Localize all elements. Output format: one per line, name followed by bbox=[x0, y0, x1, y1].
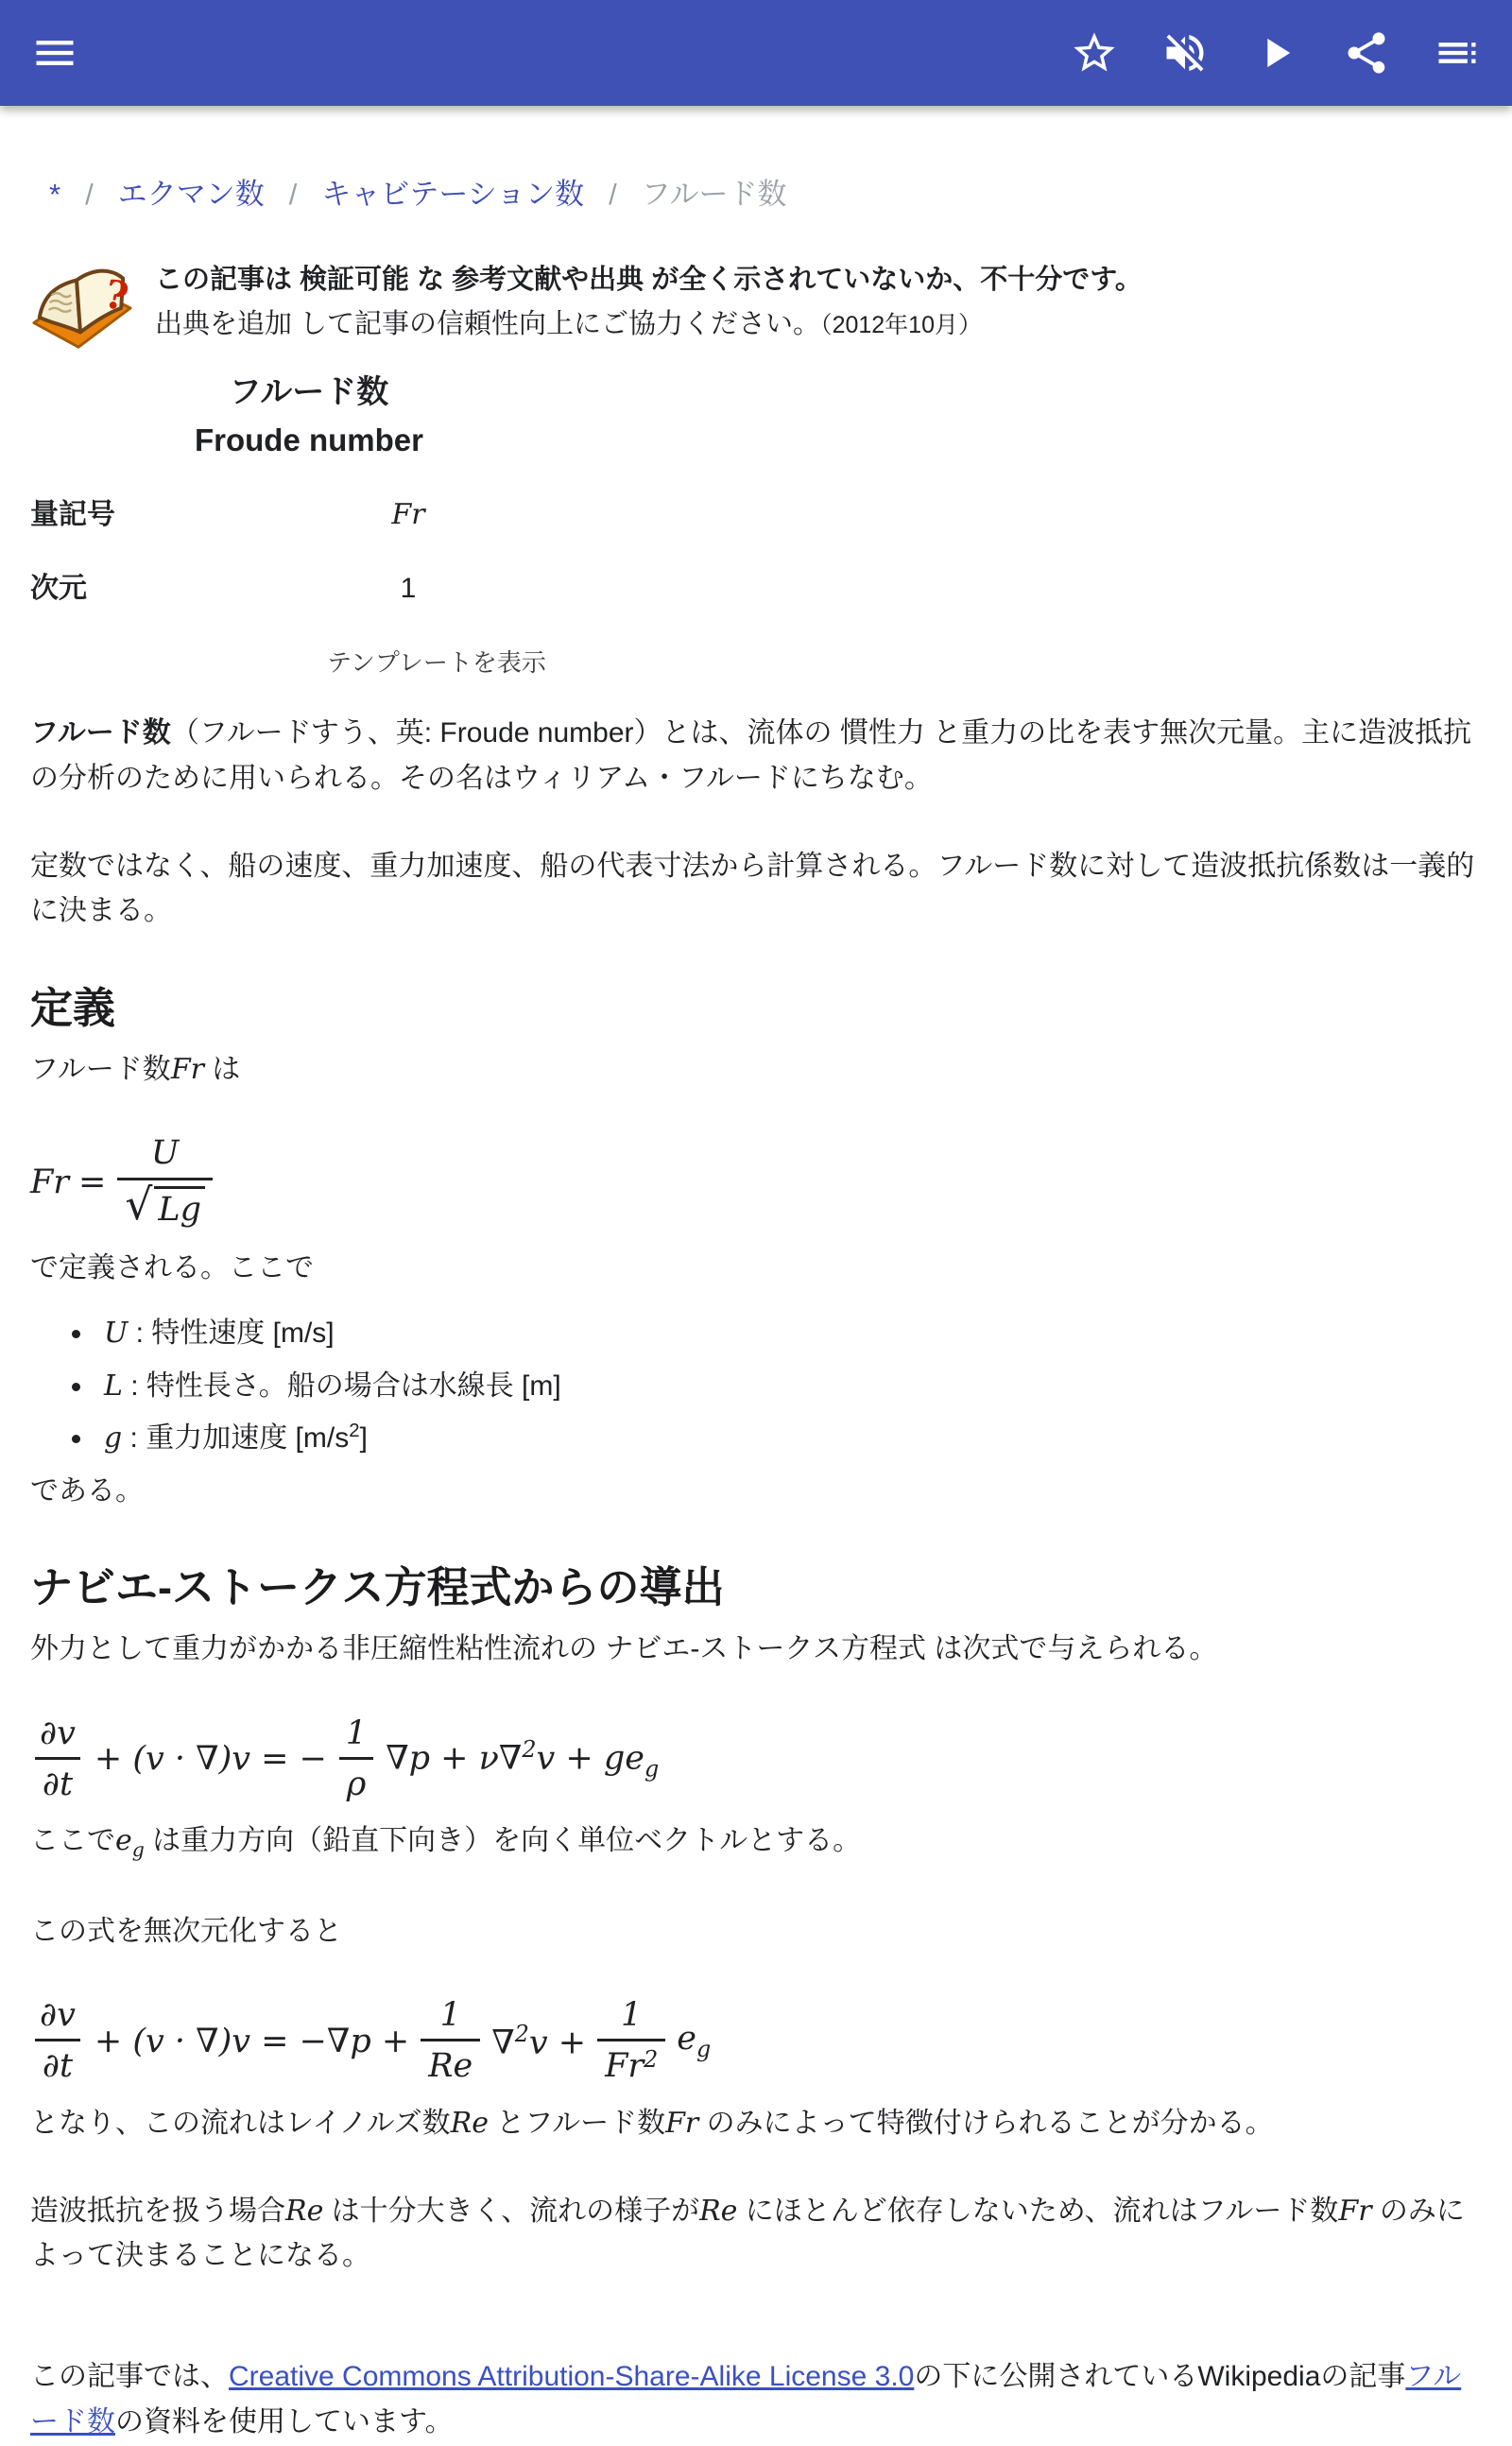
notice-text: この記事は 検証可能 な 参考文献や出典 が全く示されていないか、不十分です。 … bbox=[155, 252, 1143, 347]
notice-line-2: 出典を追加 して記事の信頼性向上にご協力ください。（2012年10月） bbox=[155, 302, 1143, 347]
equation-nondimensional: ∂v∂t + (v · ∇)v = −∇p + 1Re ∇2v + 1Fr2 e… bbox=[30, 1997, 1482, 2086]
equation-navier-stokes: ∂v∂t + (v · ∇)v = − 1ρ ∇p + ν∇2v + geg bbox=[30, 1715, 1482, 1804]
infobox-caption: フルード数 Froude number bbox=[30, 371, 588, 458]
derivation-intro: 外力として重力がかかる非圧縮性粘性流れの ナビエ-ストークス方程式 は次式で与え… bbox=[30, 1627, 1482, 1671]
equation-froude-definition: Fr = U √Lg bbox=[30, 1135, 1482, 1229]
infobox-froude-number: フルード数 Froude number 量記号 Fr 次元 1 テンプレートを表… bbox=[30, 371, 862, 679]
definition-variable-list: U : 特性速度 [m/s] L : 特性長さ。船の場合は水線長 [m] g :… bbox=[30, 1307, 1482, 1465]
infobox-row-symbol: 量記号 Fr bbox=[30, 491, 862, 532]
lead-paragraph-1: フルード数（フルードすう、英: Froude number）とは、流体の 慣性力… bbox=[30, 711, 1482, 801]
infobox-value-symbol: Fr bbox=[200, 498, 616, 531]
infobox-value-dimension: 1 bbox=[200, 573, 616, 605]
derivation-nondimensionalize: この式を無次元化すると bbox=[30, 1909, 1482, 1954]
toc-icon[interactable] bbox=[1431, 26, 1484, 79]
breadcrumb-separator: / bbox=[289, 178, 298, 212]
list-item: L : 特性長さ。船の場合は水線長 [m] bbox=[94, 1360, 1482, 1413]
app-bar bbox=[0, 0, 1512, 106]
definition-intro: フルード数Fr は bbox=[30, 1047, 1482, 1092]
lead-term: フルード数 bbox=[30, 717, 171, 749]
menu-icon[interactable] bbox=[28, 26, 81, 79]
notice-line-1: この記事は 検証可能 な 参考文献や出典 が全く示されていないか、不十分です。 bbox=[155, 258, 1143, 302]
breadcrumb-separator: / bbox=[609, 178, 617, 212]
derivation-eq1-note: ここでeg は重力方向（鉛直下向き）を向く単位ベクトルとする。 bbox=[30, 1818, 1482, 1865]
breadcrumb-current-froude-number: フルード数 bbox=[642, 170, 787, 213]
infobox-label-symbol: 量記号 bbox=[30, 491, 200, 532]
infobox-title-ja: フルード数 bbox=[30, 371, 588, 413]
section-heading-definition: 定義 bbox=[30, 983, 1482, 1034]
list-item: g : 重力加速度 [m/s2] bbox=[94, 1412, 1482, 1465]
infobox-title-en: Froude number bbox=[30, 422, 588, 458]
infobox-row-dimension: 次元 1 bbox=[30, 564, 862, 606]
notice-date: （2012年10月） bbox=[820, 312, 982, 338]
list-item: U : 特性速度 [m/s] bbox=[94, 1307, 1482, 1360]
share-icon[interactable] bbox=[1340, 26, 1393, 79]
definition-closing: である。 bbox=[30, 1469, 1482, 1513]
play-icon[interactable] bbox=[1249, 26, 1302, 79]
section-heading-derivation: ナビエ-ストークス方程式からの導出 bbox=[30, 1562, 1482, 1613]
license-paragraph: この記事では、Creative Commons Attribution-Shar… bbox=[30, 2354, 1482, 2446]
lead-paragraph-2: 定数ではなく、船の速度、重力加速度、船の代表寸法から計算される。フルード数に対し… bbox=[30, 844, 1482, 934]
breadcrumb-root[interactable]: * bbox=[49, 178, 60, 212]
breadcrumb-ekman-number[interactable]: エクマン数 bbox=[118, 170, 265, 213]
verifiability-notice: ? この記事は 検証可能 な 参考文献や出典 が全く示されていないか、不十分です… bbox=[25, 252, 1484, 354]
show-template-link[interactable]: テンプレートを表示 bbox=[30, 644, 843, 679]
star-outline-icon[interactable] bbox=[1068, 26, 1121, 79]
breadcrumb: * / エクマン数 / キャビテーション数 / フルード数 bbox=[49, 170, 1482, 213]
breadcrumb-cavitation-number[interactable]: キャビテーション数 bbox=[321, 170, 584, 213]
derivation-eq2-note: となり、この流れはレイノルズ数Re とフルード数Fr のみによって特徴付けられる… bbox=[30, 2101, 1482, 2145]
derivation-final-paragraph: 造波抵抗を扱う場合Re は十分大きく、流れの様子がRe にほとんど依存しないため… bbox=[30, 2189, 1482, 2279]
infobox-label-dimension: 次元 bbox=[30, 564, 200, 606]
definition-outro: で定義される。ここで bbox=[30, 1246, 1482, 1290]
volume-off-icon[interactable] bbox=[1159, 26, 1211, 79]
question-book-icon: ? bbox=[25, 252, 136, 354]
cc-license-link[interactable]: Creative Commons Attribution-Share-Alike… bbox=[229, 2361, 914, 2392]
breadcrumb-separator: / bbox=[85, 178, 94, 212]
